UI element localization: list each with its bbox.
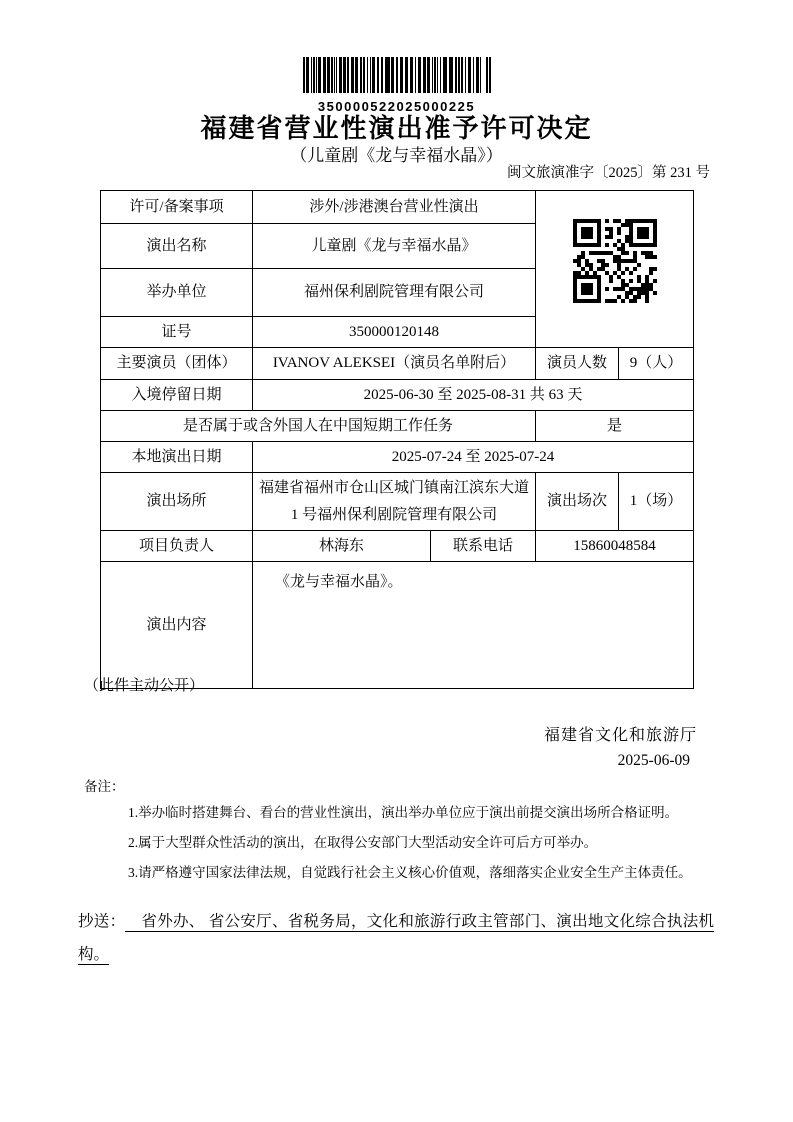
- content-label: 演出内容: [101, 562, 253, 689]
- note-item: 3.请严格遵守国家法律法规，自觉践行社会主义核心价值观，落细落实企业安全生产主体…: [128, 861, 692, 881]
- issuing-authority: 福建省文化和旅游厅: [544, 722, 697, 745]
- performers-label: 主要演员（团体）: [101, 348, 253, 379]
- qr-code: [573, 219, 657, 303]
- content-value: 《龙与幸福水晶》。: [253, 562, 694, 689]
- permit-item-label: 许可/备案事项: [101, 191, 253, 224]
- note-item: 1.举办临时搭建舞台、看台的营业性演出，演出举办单位应于演出前提交演出场所合格证…: [128, 801, 678, 821]
- table-row-local-dates: 本地演出日期 2025-07-24 至 2025-07-24: [101, 442, 694, 473]
- table-row-content: 演出内容 《龙与幸福水晶》。: [101, 562, 694, 689]
- permit-details-table: 许可/备案事项 涉外/涉港澳台营业性演出 演出名称 儿童剧《龙与幸福水晶》 举办…: [100, 190, 694, 689]
- phone-value: 15860048584: [536, 530, 694, 561]
- show-count-label: 演出场次: [536, 473, 619, 531]
- performance-name-value: 儿童剧《龙与幸福水晶》: [253, 224, 536, 269]
- table-row-manager: 项目负责人 林海东 联系电话 15860048584: [101, 530, 694, 561]
- performers-value: IVANOV ALEKSEI（演员名单附后）: [253, 348, 536, 379]
- performer-count-label: 演员人数: [536, 348, 619, 379]
- permit-document-page: 350000522025000225 福建省营业性演出准予许可决定 （儿童剧《龙…: [0, 0, 793, 1122]
- notes-label: 备注：: [84, 775, 125, 795]
- table-row-permit-item: 许可/备案事项 涉外/涉港澳台营业性演出: [101, 191, 694, 224]
- barcode-image: [303, 57, 491, 93]
- permit-item-value: 涉外/涉港澳台营业性演出: [253, 191, 536, 224]
- cert-number-label: 证号: [101, 317, 253, 348]
- table-row-short-term-work: 是否属于或含外国人在中国短期工作任务 是: [101, 410, 694, 441]
- performance-name-label: 演出名称: [101, 224, 253, 269]
- cert-number-value: 350000120148: [253, 317, 536, 348]
- proactive-disclosure-note: （此件主动公开）: [84, 674, 204, 695]
- qr-cell: [536, 191, 694, 348]
- short-term-work-value: 是: [536, 410, 694, 441]
- document-title: 福建省营业性演出准予许可决定: [0, 108, 793, 145]
- manager-label: 项目负责人: [101, 530, 253, 561]
- cc-block: 抄送：省外办、 省公安厅、省税务局，文化和旅游行政主管部门、演出地文化综合执法机…: [78, 905, 714, 972]
- venue-value: 福建省福州市仓山区城门镇南江滨东大道 1 号福州保利剧院管理有限公司: [253, 473, 536, 531]
- show-count-value: 1（场）: [619, 473, 694, 531]
- cc-value: 省外办、 省公安厅、省税务局，文化和旅游行政主管部门、演出地文化综合执法机构。: [78, 913, 714, 965]
- entry-stay-label: 入境停留日期: [101, 379, 253, 410]
- organizer-label: 举办单位: [101, 269, 253, 317]
- local-dates-label: 本地演出日期: [101, 442, 253, 473]
- short-term-work-label: 是否属于或含外国人在中国短期工作任务: [101, 410, 536, 441]
- performer-count-value: 9（人）: [619, 348, 694, 379]
- table-row-performers: 主要演员（团体） IVANOV ALEKSEI（演员名单附后） 演员人数 9（人…: [101, 348, 694, 379]
- organizer-value: 福州保利剧院管理有限公司: [253, 269, 536, 317]
- local-dates-value: 2025-07-24 至 2025-07-24: [253, 442, 694, 473]
- table-row-entry-stay: 入境停留日期 2025-06-30 至 2025-08-31 共 63 天: [101, 379, 694, 410]
- manager-value: 林海东: [253, 530, 431, 561]
- phone-label: 联系电话: [431, 530, 536, 561]
- note-item: 2.属于大型群众性活动的演出，在取得公安部门大型活动安全许可后方可举办。: [128, 831, 597, 851]
- issue-date: 2025-06-09: [618, 752, 690, 770]
- entry-stay-value: 2025-06-30 至 2025-08-31 共 63 天: [253, 379, 694, 410]
- table-row-venue: 演出场所 福建省福州市仓山区城门镇南江滨东大道 1 号福州保利剧院管理有限公司 …: [101, 473, 694, 531]
- barcode-block: 350000522025000225: [287, 57, 507, 114]
- cc-label: 抄送：: [78, 913, 125, 930]
- document-reference-number: 闽文旅演准字〔2025〕第 231 号: [507, 161, 710, 182]
- venue-label: 演出场所: [101, 473, 253, 531]
